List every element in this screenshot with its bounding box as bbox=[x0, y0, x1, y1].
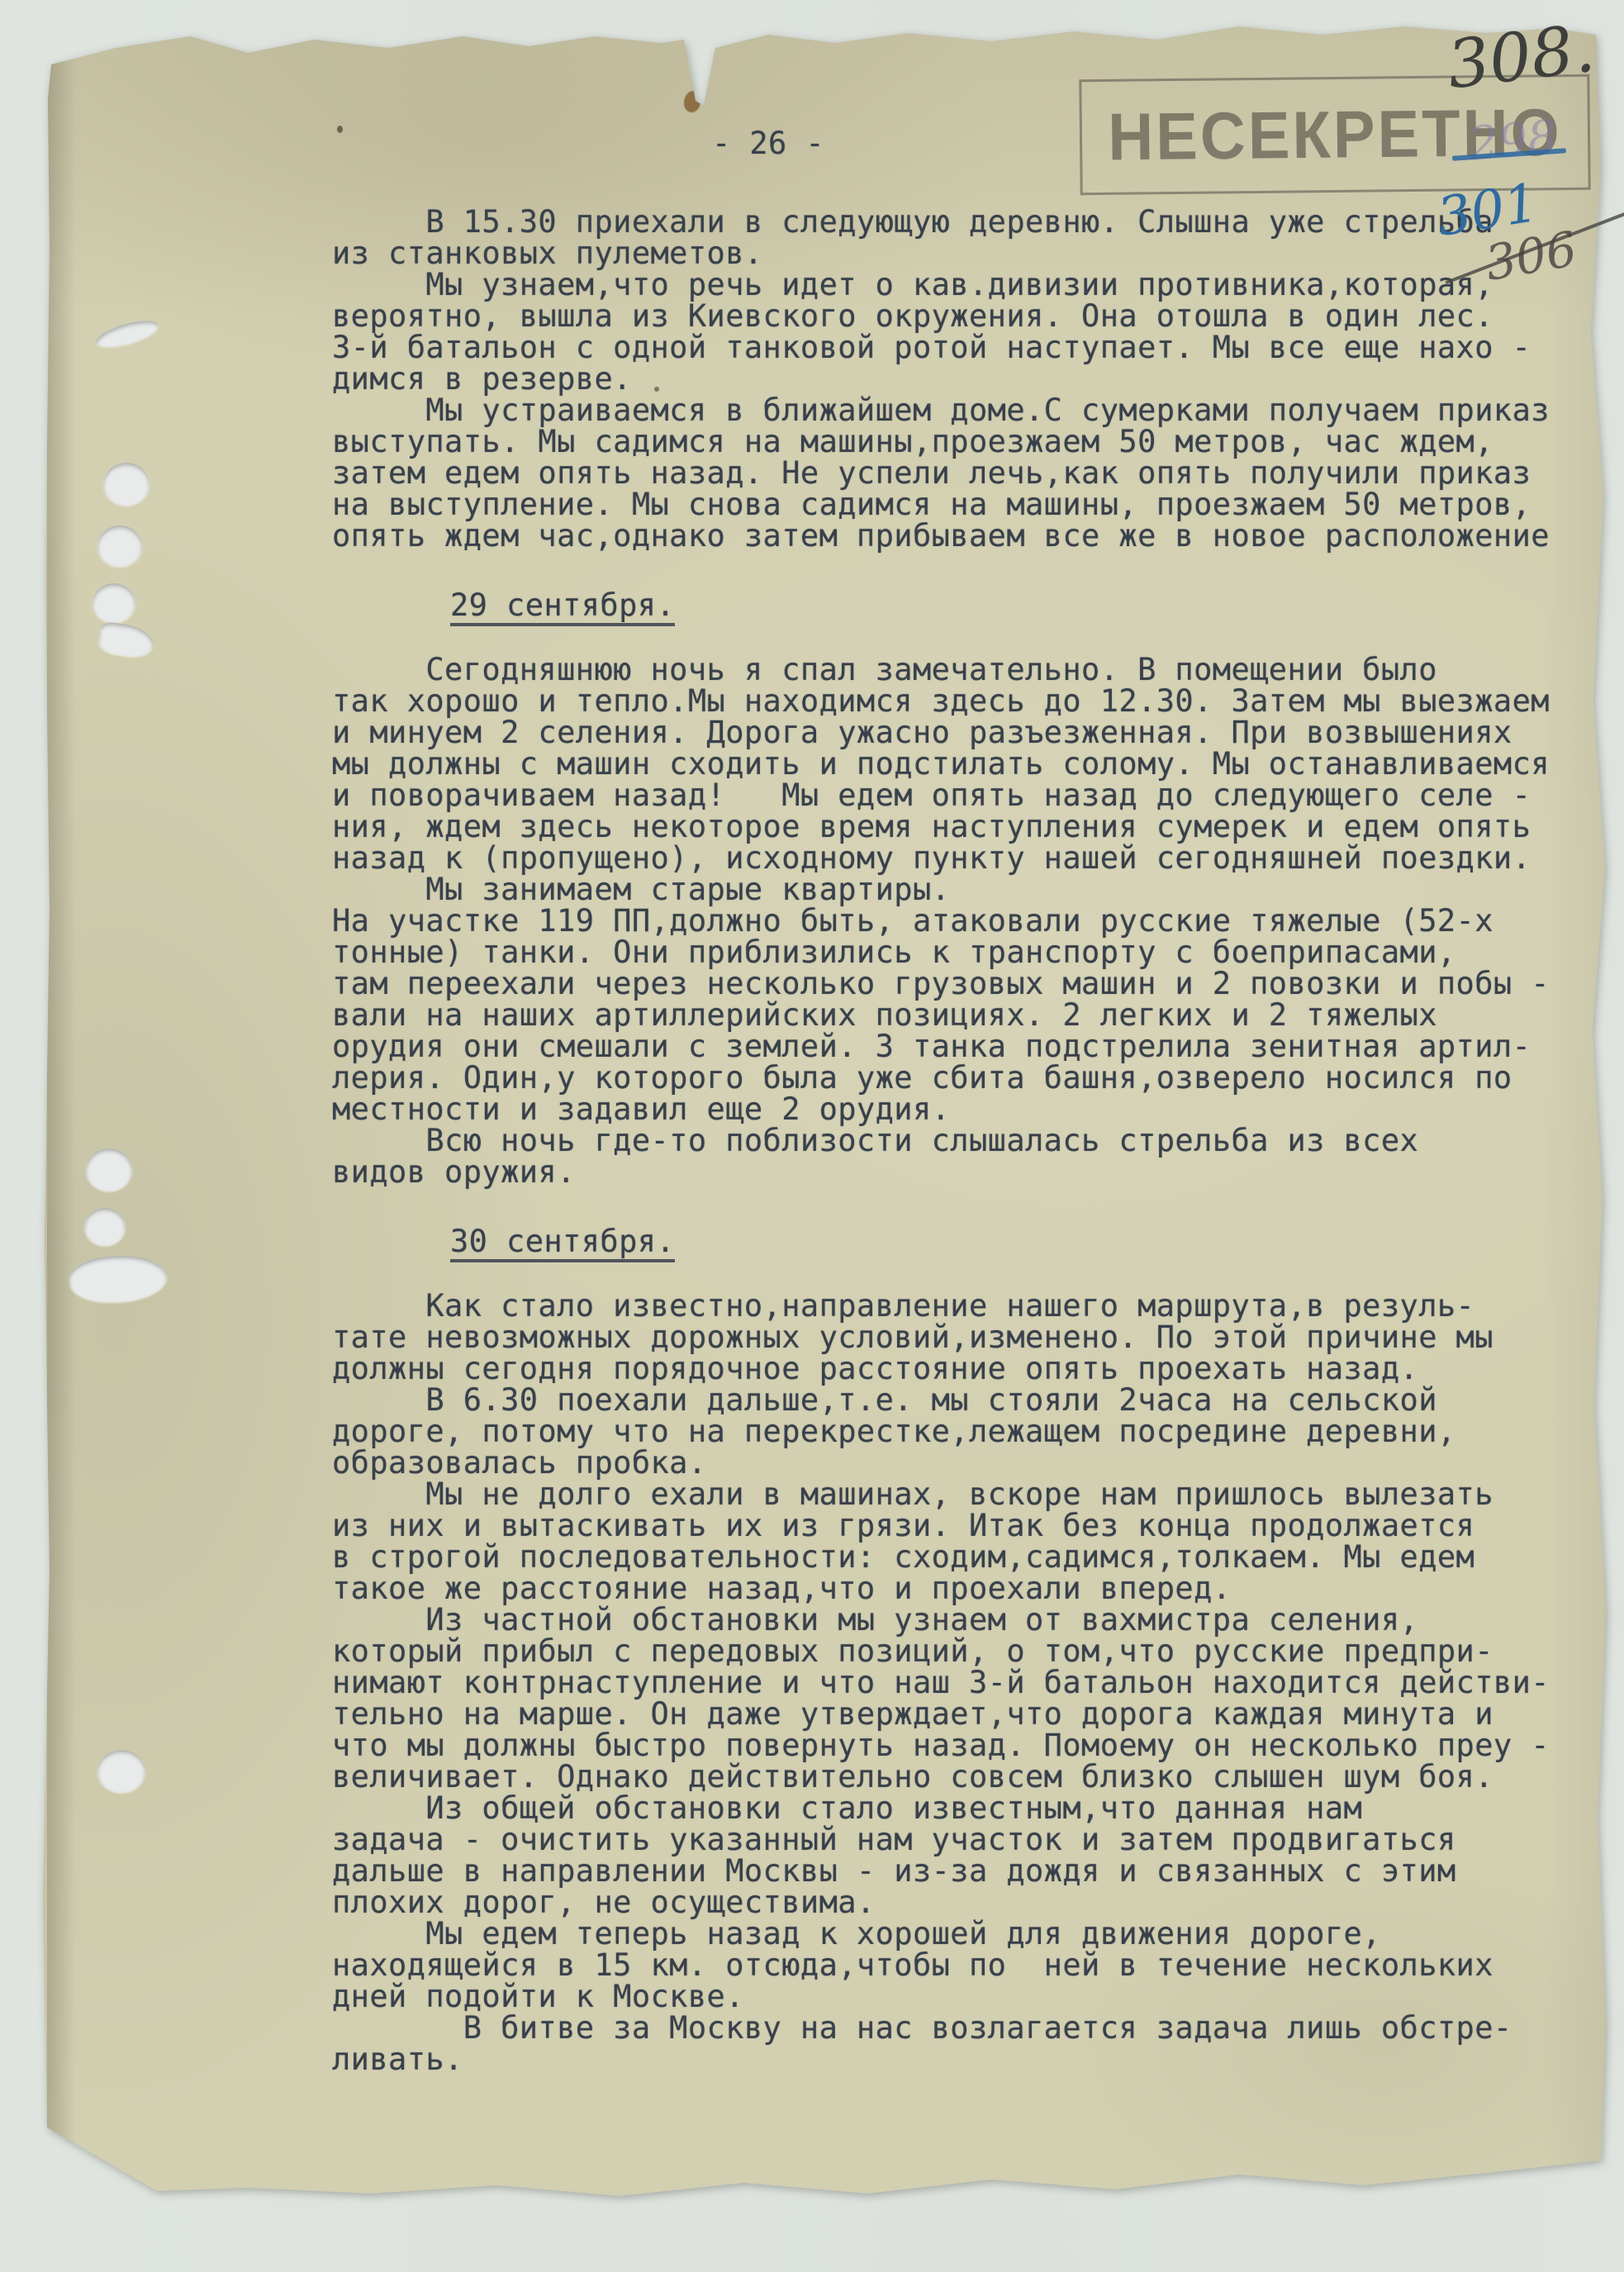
punch-hole bbox=[97, 1750, 145, 1793]
typed-paragraph-block: В 15.30 приехали в следующую деревню. Сл… bbox=[332, 207, 1571, 552]
punch-hole bbox=[97, 525, 142, 567]
section-heading-label: 30 сентября. bbox=[450, 1226, 675, 1262]
punch-hole bbox=[86, 1148, 132, 1191]
paper-sheet: - 26 - В 15.30 приехали в следующую дере… bbox=[0, 0, 1624, 2272]
ink-speck bbox=[337, 126, 343, 133]
left-edge-crease bbox=[47, 50, 75, 2165]
punch-hole bbox=[84, 1208, 126, 1246]
typed-text-body: В 15.30 приехали в следующую деревню. Сл… bbox=[332, 207, 1571, 2075]
punch-hole bbox=[103, 463, 150, 506]
typed-paragraph-block: Как стало известно,направление нашего ма… bbox=[332, 1290, 1571, 2075]
handwritten-number-faint: 298 bbox=[1466, 110, 1559, 171]
section-heading: 29 сентября. bbox=[332, 590, 1571, 626]
rust-stain bbox=[684, 91, 700, 112]
page-number: - 26 - bbox=[712, 126, 824, 161]
scanned-document-page: - 26 - В 15.30 приехали в следующую дере… bbox=[0, 0, 1624, 2272]
section-heading: 30 сентября. bbox=[332, 1226, 1571, 1262]
typed-paragraph-block: Сегодняшнюю ночь я спал замечательно. В … bbox=[332, 654, 1571, 1188]
section-heading-label: 29 сентября. bbox=[450, 590, 675, 626]
paper-sheet-wrapper: - 26 - В 15.30 приехали в следующую дере… bbox=[0, 0, 1624, 2272]
punch-hole bbox=[93, 583, 135, 623]
